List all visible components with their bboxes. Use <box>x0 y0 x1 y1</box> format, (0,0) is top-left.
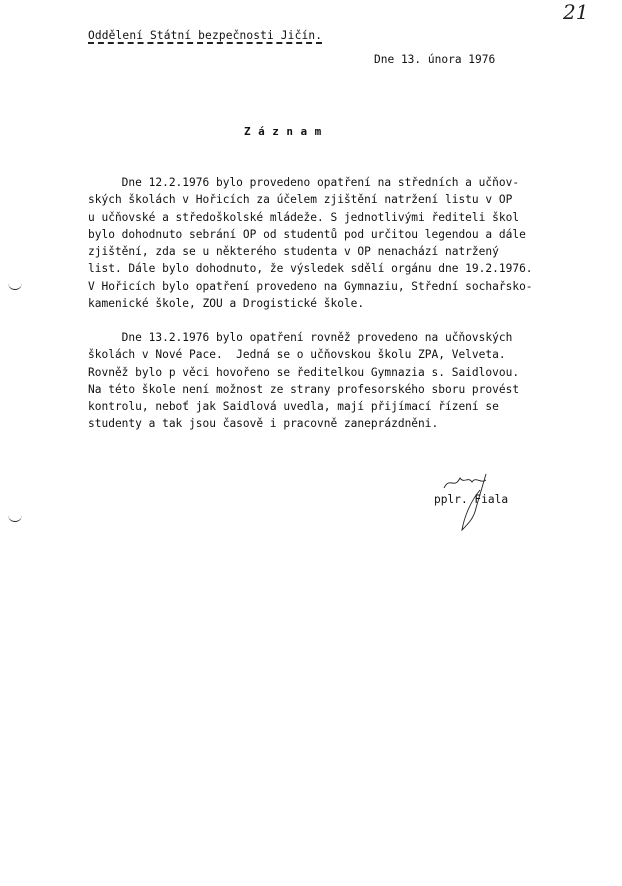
paragraph-1: Dne 12.2.1976 bylo provedeno opatření na… <box>88 174 533 312</box>
document-title: Záznam <box>244 125 329 138</box>
punch-hole-mark <box>8 283 22 290</box>
signature-name: pplr. Fiala <box>434 493 508 506</box>
paragraph-2: Dne 13.2.1976 bylo opatření rovněž prove… <box>88 329 519 433</box>
punch-hole-mark <box>8 515 22 522</box>
document-date: Dne 13. února 1976 <box>374 53 495 66</box>
department-header: Oddělení Státní bezpečnosti Jičín. <box>88 29 322 44</box>
page-number: 21 <box>563 0 588 24</box>
